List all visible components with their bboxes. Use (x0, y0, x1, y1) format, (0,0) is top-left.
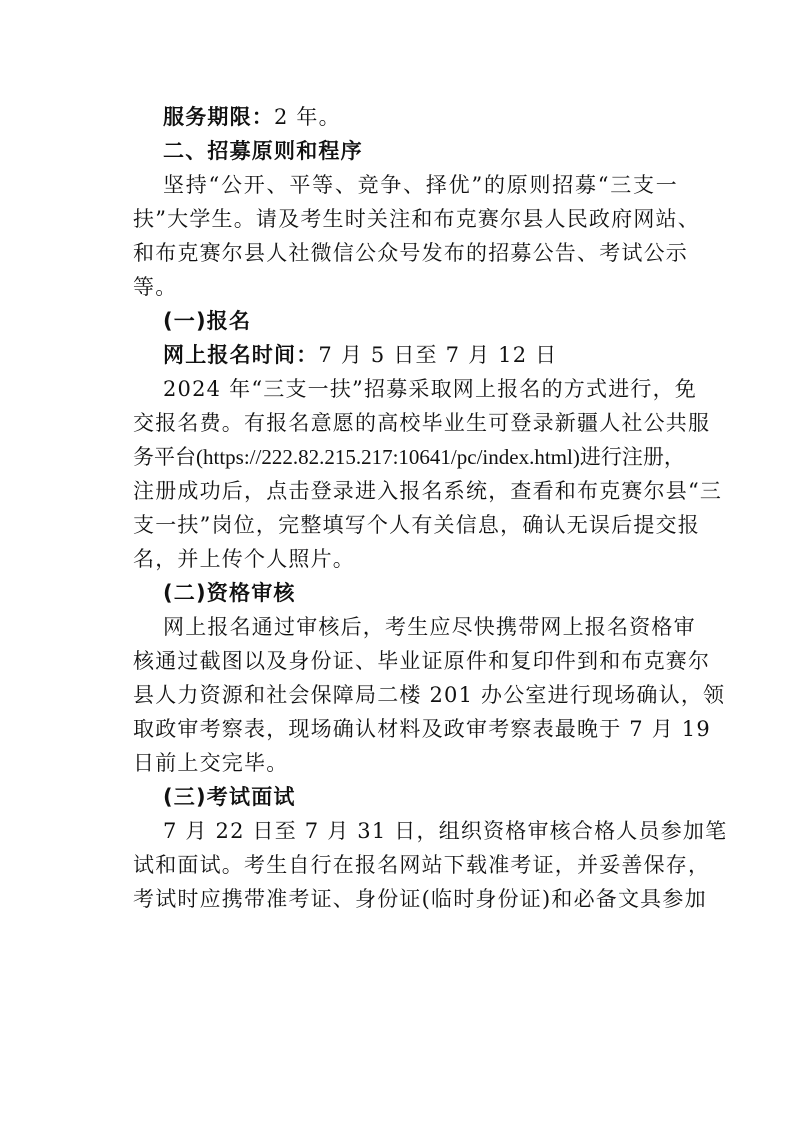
service-term-line: 服务期限：2 年。 (133, 100, 678, 134)
section-2-intro-line: 和布克赛尔县人社微信公众号发布的招募公告、考试公示 (133, 236, 678, 270)
section-2-intro-line: 坚持“公开、平等、竞争、择优”的原则招募“三支一 (133, 168, 678, 202)
subsection-1-line: 注册成功后，点击登录进入报名系统，查看和布克赛尔县“三 (133, 474, 678, 508)
registration-time-line: 网上报名时间：7 月 5 日至 7 月 12 日 (133, 338, 678, 372)
subsection-2-line: 网上报名通过审核后，考生应尽快携带网上报名资格审 (133, 610, 678, 644)
registration-time-value: 7 月 5 日至 7 月 12 日 (318, 343, 557, 367)
subsection-1-line: 支一扶”岗位，完整填写个人有关信息，确认无误后提交报 (133, 508, 678, 542)
subsection-2-line: 日前上交完毕。 (133, 746, 678, 780)
subsection-2-line: 取政审考察表，现场确认材料及政审考察表最晚于 7 月 19 (133, 712, 678, 746)
registration-url-line: 务平台(https://222.82.215.217:10641/pc/inde… (133, 440, 678, 474)
subsection-2-line: 核通过截图以及身份证、毕业证原件和复印件到和布克赛尔 (133, 644, 678, 678)
subsection-3-line: 考试时应携带准考证、身份证(临时身份证)和必备文具参加 (133, 882, 678, 916)
subsection-3-line: 7 月 22 日至 7 月 31 日，组织资格审核合格人员参加笔 (133, 814, 678, 848)
subsection-1-title: (一)报名 (133, 304, 678, 338)
section-2-intro-line: 扶”大学生。请及考生时关注和布克赛尔县人民政府网站、 (133, 202, 678, 236)
service-term-label: 服务期限： (163, 105, 274, 129)
section-2-intro-line: 等。 (133, 270, 678, 304)
subsection-1-line: 名，并上传个人照片。 (133, 542, 678, 576)
subsection-1-line: 2024 年“三支一扶”招募采取网上报名的方式进行，免 (133, 372, 678, 406)
subsection-2-title: (二)资格审核 (133, 576, 678, 610)
service-term-value: 2 年。 (274, 105, 341, 129)
registration-time-label: 网上报名时间： (163, 343, 318, 367)
section-2-title: 二、招募原则和程序 (133, 134, 678, 168)
subsection-2-line: 县人力资源和社会保障局二楼 201 办公室进行现场确认，领 (133, 678, 678, 712)
document-page: 服务期限：2 年。 二、招募原则和程序 坚持“公开、平等、竞争、择优”的原则招募… (0, 0, 793, 1122)
subsection-1-line: 交报名费。有报名意愿的高校毕业生可登录新疆人社公共服 (133, 406, 678, 440)
subsection-3-title: (三)考试面试 (133, 780, 678, 814)
document-body: 服务期限：2 年。 二、招募原则和程序 坚持“公开、平等、竞争、择优”的原则招募… (133, 100, 678, 916)
subsection-3-line: 试和面试。考生自行在报名网站下载准考证，并妥善保存， (133, 848, 678, 882)
